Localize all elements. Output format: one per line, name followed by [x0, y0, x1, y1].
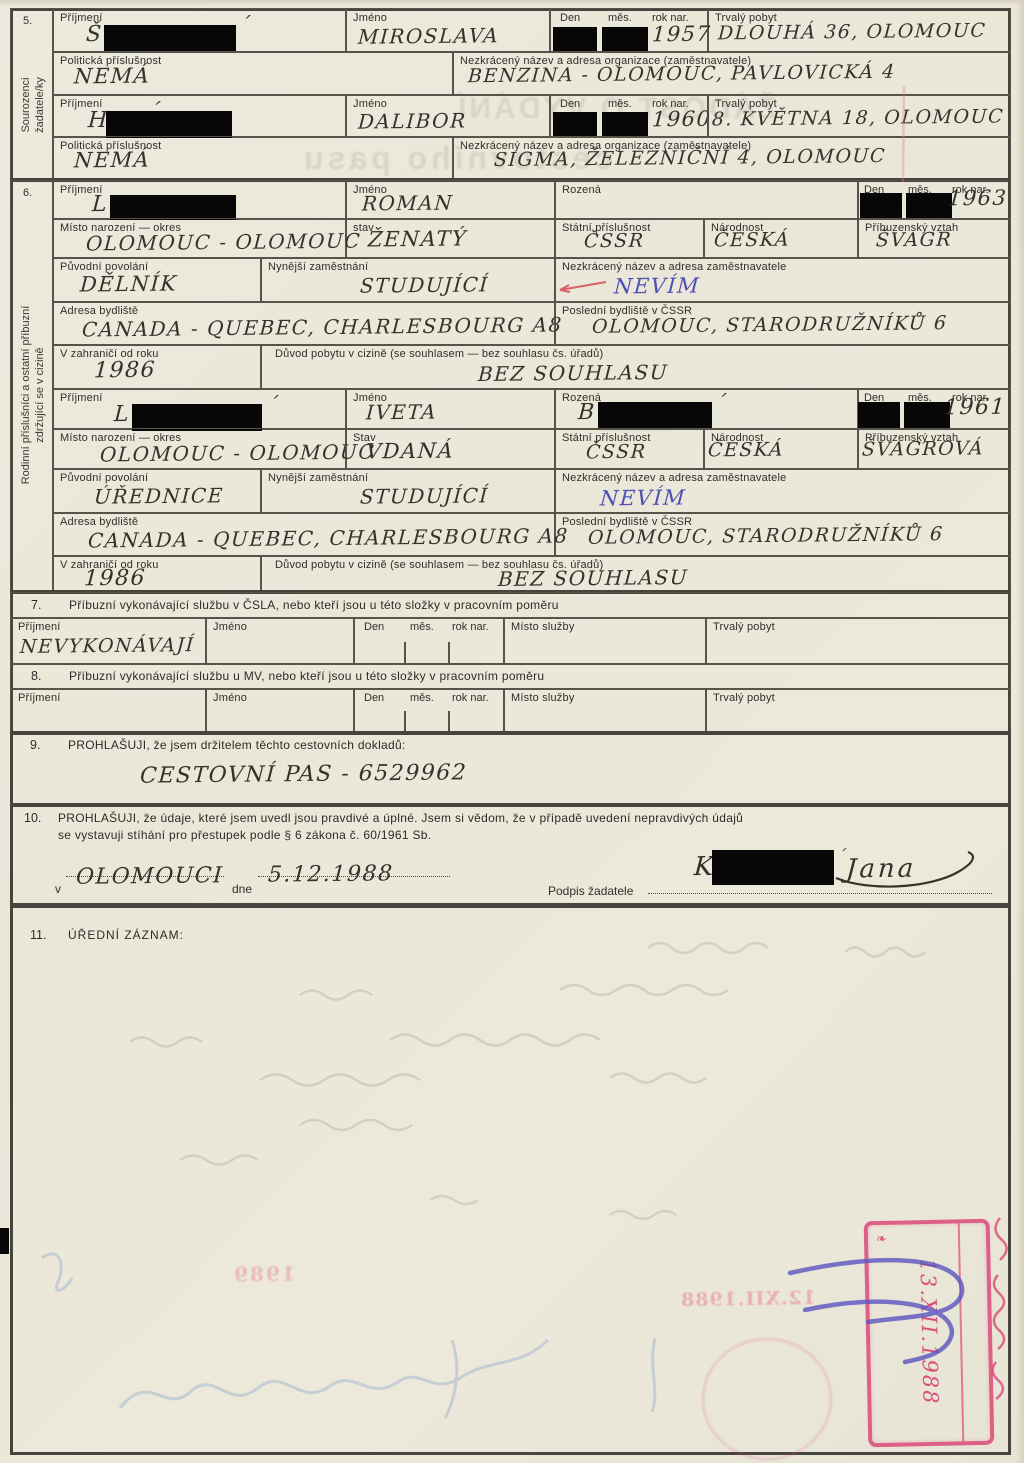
scan-edge-right [1016, 0, 1024, 1463]
firstname-label: Jméno [353, 98, 387, 110]
s5-side-column: 5. Sourozenci žadatele/ky [10, 8, 54, 180]
bleed-stamp-year: 1989 [232, 1261, 296, 1286]
bleed-round-stamp [702, 1338, 832, 1460]
s7-service-cell: Místo služby [503, 617, 707, 665]
redaction-box [712, 850, 834, 885]
employer-label: Nezkrácený název a adresa zaměstnavatele [562, 261, 786, 273]
s5-sib1-firstname: MIROSLAVA [357, 23, 500, 48]
s8-surname-cell: Příjmení [10, 688, 207, 733]
tick [448, 711, 450, 732]
redaction-box [858, 402, 900, 428]
date-prefix: dne [232, 882, 252, 896]
s5-sib1-surname-visible: Š [85, 22, 103, 47]
s11-number: 11. [30, 928, 46, 942]
s8-date-cell: Den měs. rok nar. [353, 688, 505, 733]
month-label: měs. [608, 98, 632, 110]
s7-firstname-cell: Jméno [205, 617, 355, 665]
day-label: Den [560, 12, 580, 24]
s11-title: ÚŘEDNÍ ZÁZNAM: [68, 928, 184, 942]
s6-relB-reason: BEZ SOUHLASU [497, 565, 689, 591]
s8-firstname-cell: Jméno [205, 688, 355, 733]
redaction-box [598, 402, 712, 429]
place-of-service-label: Místo služby [511, 621, 575, 633]
stamp-divider [957, 1223, 964, 1441]
s6-relB-maiden-visible: B [577, 400, 596, 425]
s6-relA-abroad: 1986 [93, 358, 156, 384]
date-stamp: ❧ 13.XII.1988 [864, 1219, 995, 1448]
s5-sib2-year: 1960 [651, 107, 712, 132]
section-divider [10, 803, 1011, 807]
redaction-box [106, 111, 232, 138]
s7-number: 7. [31, 598, 41, 612]
s6-relB-address: CANADA - QUEBEC, CHARLESBOURG A8 [87, 523, 569, 552]
s5-sib2-political: NEMÁ [73, 148, 151, 173]
s8-header: 8. Příbuzní vykonávající službu u MV, ne… [10, 663, 1011, 690]
scan-artifact [0, 1228, 9, 1254]
tick [404, 711, 406, 732]
scan-edge-top [0, 0, 1024, 6]
s6-relA-nationality: ČESKÁ [713, 229, 790, 252]
surname-label: Příjmení [18, 621, 61, 633]
surname-label: Příjmení [60, 392, 103, 404]
s6-relA-employer: NEVÍM [613, 274, 701, 299]
s8-residence-cell: Trvalý pobyt [705, 688, 1011, 733]
section-divider [10, 731, 1011, 735]
signature-label: Podpis žadatele [548, 884, 633, 898]
s5-sib1-year: 1957 [651, 22, 712, 47]
accent-mark: ´ [149, 98, 162, 122]
place-prefix: v [55, 882, 61, 896]
residence-label: Trvalý pobyt [713, 692, 775, 704]
s6-side-label: Rodinní příslušníci a ostatní příbuzní z… [19, 245, 47, 545]
dotted-line [648, 893, 992, 894]
s6-side-column: 6. Rodinní příslušníci a ostatní příbuzn… [10, 180, 54, 592]
year-label: rok nar. [452, 621, 489, 633]
stamp-emblem-icon: ❧ [876, 1231, 894, 1245]
s6-relB-origocc: ÚŘEDNICE [93, 483, 224, 508]
redaction-box [132, 404, 262, 431]
s5-number: 5. [23, 15, 32, 27]
current-job-label: Nynější zaměstnání [268, 261, 368, 273]
section-divider [10, 903, 1011, 908]
accent-mark: ´ [267, 392, 280, 416]
firstname-label: Jméno [213, 692, 247, 704]
month-label: měs. [410, 621, 434, 633]
s5-sib1-org: BENZINA - OLOMOUC, PAVLOVICKÁ 4 [467, 61, 896, 87]
s7-date-cell: Den měs. rok nar. [353, 617, 505, 665]
s6-relA-reason: BEZ SOUHLASU [477, 360, 669, 386]
s5-side-label: Sourozenci žadatele/ky [19, 45, 47, 165]
surname-label: Příjmení [18, 692, 61, 704]
s7-entry-surname: NEVYKONÁVAJÍ [19, 634, 195, 658]
redaction-box [553, 112, 597, 136]
s9-title: PROHLAŠUJI, že jsem držitelem těchto ces… [68, 738, 406, 752]
firstname-label: Jméno [213, 621, 247, 633]
s6-relA-abroad-cell: V zahraničí od roku [52, 344, 262, 390]
year-label: rok nar. [452, 692, 489, 704]
maiden-label: Rozená [562, 184, 601, 196]
redaction-box [860, 193, 902, 219]
s8-title: Příbuzní vykonávající službu u MV, nebo … [69, 669, 544, 683]
address-label: Adresa bydliště [60, 516, 138, 528]
s6-relB-currentjob: STUDUJÍCÍ [359, 483, 489, 508]
accent-mark: ´ [239, 12, 252, 36]
redaction-box [110, 195, 236, 220]
s5-sib2-firstname: DALIBOR [357, 108, 467, 133]
current-job-label: Nynější zaměstnání [268, 472, 368, 484]
s5-sib2-residence: 8. KVĚTNA 18, OLOMOUC [711, 105, 1004, 130]
s5-sib1-residence: DLOUHÁ 36, OLOMOUC [717, 20, 987, 45]
redaction-box [906, 193, 952, 219]
s6-relA-currentjob: STUDUJÍCÍ [359, 272, 489, 297]
s10-signature-end: Jana [845, 854, 917, 885]
s6-relA-origocc: DĚLNÍK [79, 271, 178, 296]
s10-date: 5.12.1988 [267, 861, 394, 887]
address-label: Adresa bydliště [60, 305, 138, 317]
accent-mark: ´ [715, 390, 728, 414]
s6-relB-nationality: ČESKÁ [707, 439, 784, 462]
day-label: Den [364, 621, 384, 633]
redaction-box [602, 112, 648, 136]
s8-service-cell: Místo služby [503, 688, 707, 733]
s6-relB-firstname: IVETA [365, 400, 438, 425]
employer-label: Nezkrácený název a adresa zaměstnavatele [562, 472, 786, 484]
s6-relB-status: VDANÁ [365, 439, 455, 464]
s9-entry: CESTOVNÍ PAS - 6529962 [139, 760, 468, 788]
s6-relB-relation: ŠVAGROVÁ [861, 437, 984, 460]
day-label: Den [560, 98, 580, 110]
s10-line1: PROHLAŠUJI, že údaje, které jsem uvedl j… [58, 811, 743, 825]
s10-place: OLOMOUCI [75, 863, 224, 890]
tick [448, 642, 450, 664]
s9-number: 9. [30, 738, 40, 752]
s6-relA-citizenship: ČSSR [583, 230, 645, 253]
s6-relB-citizenship: ČSSR [585, 441, 647, 464]
s6-relA-year: 1963 [947, 186, 1008, 211]
redaction-box [553, 27, 597, 51]
firstname-label: Jméno [353, 12, 387, 24]
s8-number: 8. [31, 669, 41, 683]
tick [404, 642, 406, 664]
stamp-date: 13.XII.1988 [915, 1237, 943, 1427]
s6-relB-lastres: OLOMOUC, STARODRUŽNÍKŮ 6 [587, 523, 944, 549]
s6-relB-employer: NEVÍM [599, 486, 687, 511]
s7-header: 7. Příbuzní vykonávající službu v ČSLA, … [10, 592, 1011, 619]
s10-line2: se vystavuji stíhání pro přestupek podle… [58, 828, 431, 842]
s6-relB-year: 1961 [943, 395, 1006, 421]
month-label: měs. [608, 12, 632, 24]
s10-number: 10. [24, 811, 41, 825]
s6-relB-surname-visible: L [113, 402, 131, 427]
s5-sib1-political: NEMÁ [73, 64, 151, 89]
orig-occupation-label: Původní povolání [60, 472, 148, 484]
s7-title: Příbuzní vykonávající službu v ČSLA, neb… [69, 598, 559, 612]
s6-relA-address: CANADA - QUEBEC, CHARLESBOURG A8 [81, 312, 563, 341]
day-label: Den [364, 692, 384, 704]
s7-residence-cell: Trvalý pobyt [705, 617, 1011, 665]
s6-relA-lastres: OLOMOUC, STARODRUŽNÍKŮ 6 [591, 312, 948, 338]
place-of-service-label: Místo služby [511, 692, 575, 704]
month-label: měs. [410, 692, 434, 704]
s6-relB-abroad: 1986 [83, 566, 146, 592]
s6-relA-status: ŽENATÝ [367, 226, 468, 251]
s5-sib2-org: SIGMA, ŽELEZNIČNÍ 4, OLOMOUC [493, 145, 886, 171]
redaction-box [104, 25, 236, 51]
scanned-form-page: ŽÁDOST O VYDÁNÍ cestovního pasu 5. Souro… [0, 0, 1024, 1463]
s6-relA-birthplace: OLOMOUC - OLOMOUC [85, 229, 362, 256]
s6-relB-birthplace: OLOMOUC - OLOMOUC [99, 440, 376, 467]
s6-number: 6. [23, 187, 32, 199]
s6-relA-firstname: ROMAN [361, 191, 454, 216]
s6-relA-maiden-cell: Rozená [554, 180, 859, 220]
reason-label: Důvod pobytu v cizině (se souhlasem — be… [275, 348, 603, 360]
redaction-box [602, 27, 648, 51]
s6-relA-surname-visible: L [91, 192, 109, 217]
s6-relA-relation: ŠVAGR [875, 229, 952, 252]
residence-label: Trvalý pobyt [713, 621, 775, 633]
bleed-stamp-date: 12.XII.1988 [680, 1287, 816, 1311]
